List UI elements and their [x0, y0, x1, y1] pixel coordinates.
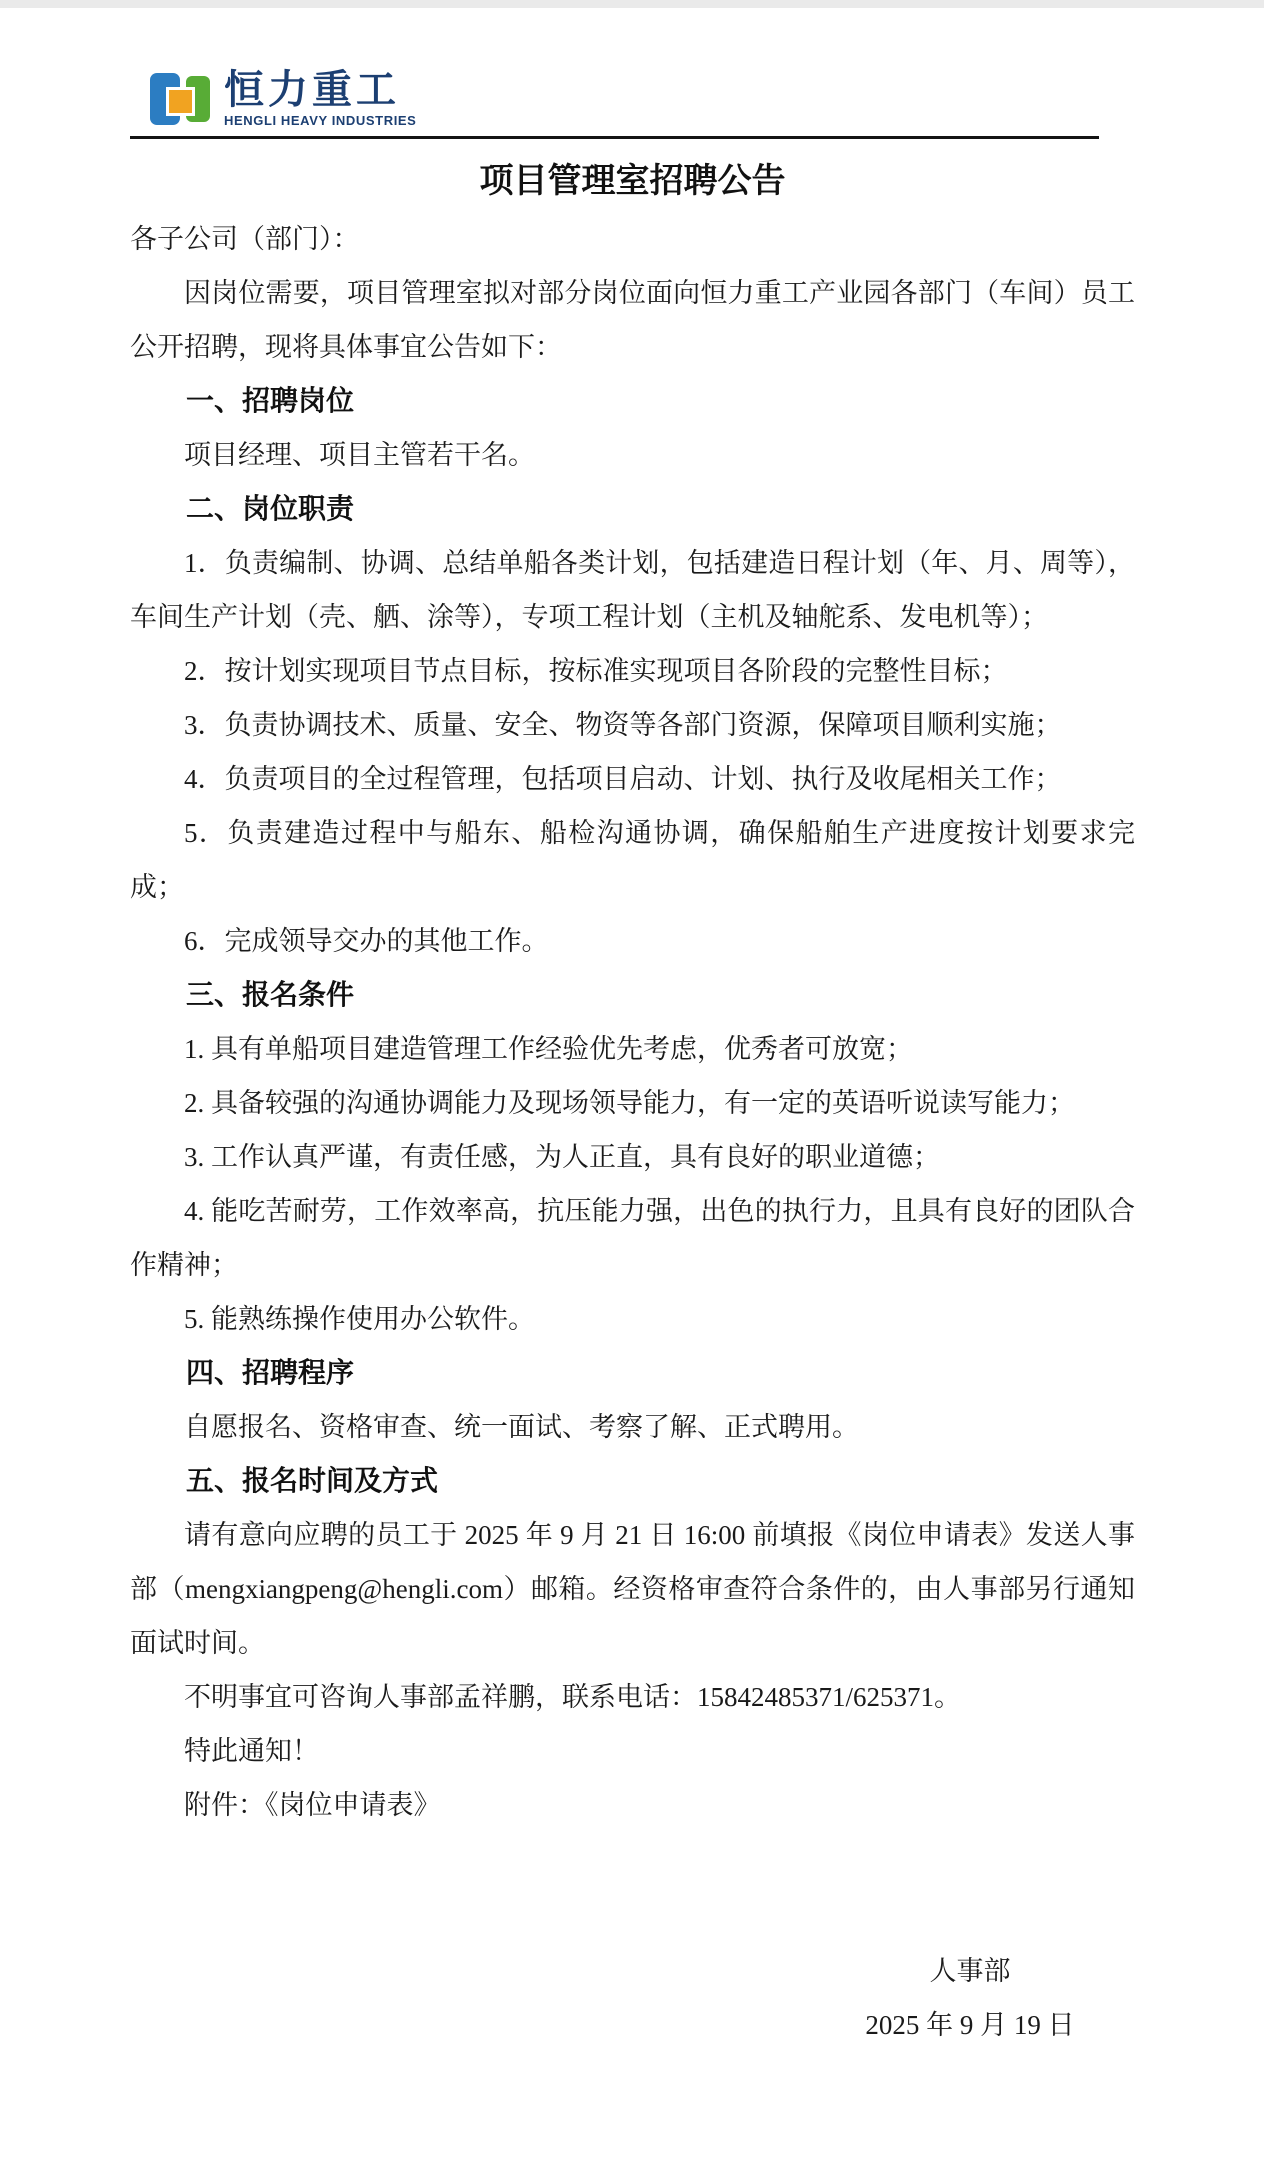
document-title: 项目管理室招聘公告	[130, 153, 1135, 202]
section-paragraph: 请有意向应聘的员工于 2025 年 9 月 21 日 16:00 前填报《岗位申…	[130, 1508, 1135, 1670]
logo-orange-square	[166, 87, 195, 116]
intro-paragraph: 因岗位需要，项目管理室拟对部分岗位面向恒力重工产业园各部门（车间）员工公开招聘，…	[130, 266, 1135, 374]
signature-date: 2025 年 9 月 19 日	[805, 1998, 1135, 2052]
section-paragraph: 2．按计划实现项目节点目标，按标准实现项目各阶段的完整性目标；	[130, 644, 1135, 698]
section-paragraph: 5. 能熟练操作使用办公软件。	[130, 1292, 1135, 1346]
sections-container: 一、招聘岗位项目经理、项目主管若干名。二、岗位职责1．负责编制、协调、总结单船各…	[130, 374, 1135, 1832]
company-name-chinese: 恒力重工	[224, 70, 416, 110]
document-page: 恒力重工 HENGLI HEAVY INDUSTRIES 项目管理室招聘公告 各…	[0, 8, 1264, 2172]
section-paragraph: 3. 工作认真严谨，有责任感，为人正直，具有良好的职业道德；	[130, 1130, 1135, 1184]
section-heading: 五、报名时间及方式	[130, 1454, 1135, 1508]
section-paragraph: 4．负责项目的全过程管理，包括项目启动、计划、执行及收尾相关工作；	[130, 752, 1135, 806]
company-name-english: HENGLI HEAVY INDUSTRIES	[224, 113, 416, 128]
section-paragraph: 3．负责协调技术、质量、安全、物资等各部门资源，保障项目顺利实施；	[130, 698, 1135, 752]
section-paragraph: 6．完成领导交办的其他工作。	[130, 914, 1135, 968]
page-top-strip	[0, 0, 1264, 8]
section-paragraph: 自愿报名、资格审查、统一面试、考察了解、正式聘用。	[130, 1400, 1135, 1454]
signature-block: 人事部 2025 年 9 月 19 日	[805, 1944, 1135, 2172]
document-content: 项目管理室招聘公告 各子公司（部门）： 因岗位需要，项目管理室拟对部分岗位面向恒…	[130, 153, 1135, 2172]
section-paragraph: 不明事宜可咨询人事部孟祥鹏，联系电话：15842485371/625371。	[130, 1670, 1135, 1724]
section-paragraph: 1．负责编制、协调、总结单船各类计划，包括建造日程计划（年、月、周等），车间生产…	[130, 536, 1135, 644]
section-heading: 二、岗位职责	[130, 482, 1135, 536]
section-paragraph: 5．负责建造过程中与船东、船检沟通协调，确保船舶生产进度按计划要求完成；	[130, 806, 1135, 914]
section-heading: 一、招聘岗位	[130, 374, 1135, 428]
section-paragraph: 特此通知！	[130, 1724, 1135, 1778]
signature-department: 人事部	[805, 1944, 1135, 1998]
section-heading: 三、报名条件	[130, 968, 1135, 1022]
three-squares-logo-icon	[150, 73, 210, 125]
section-paragraph: 2. 具备较强的沟通协调能力及现场领导能力，有一定的英语听说读写能力；	[130, 1076, 1135, 1130]
section-paragraph: 4. 能吃苦耐劳，工作效率高，抗压能力强，出色的执行力，且具有良好的团队合作精神…	[130, 1184, 1135, 1292]
section-paragraph: 项目经理、项目主管若干名。	[130, 428, 1135, 482]
letterhead-divider	[130, 136, 1099, 139]
section-paragraph: 1. 具有单船项目建造管理工作经验优先考虑，优秀者可放宽；	[130, 1022, 1135, 1076]
company-name: 恒力重工 HENGLI HEAVY INDUSTRIES	[224, 70, 416, 128]
salutation: 各子公司（部门）：	[130, 212, 1135, 266]
section-heading: 四、招聘程序	[130, 1346, 1135, 1400]
company-letterhead: 恒力重工 HENGLI HEAVY INDUSTRIES	[150, 66, 1135, 132]
section-paragraph: 附件：《岗位申请表》	[130, 1778, 1135, 1832]
